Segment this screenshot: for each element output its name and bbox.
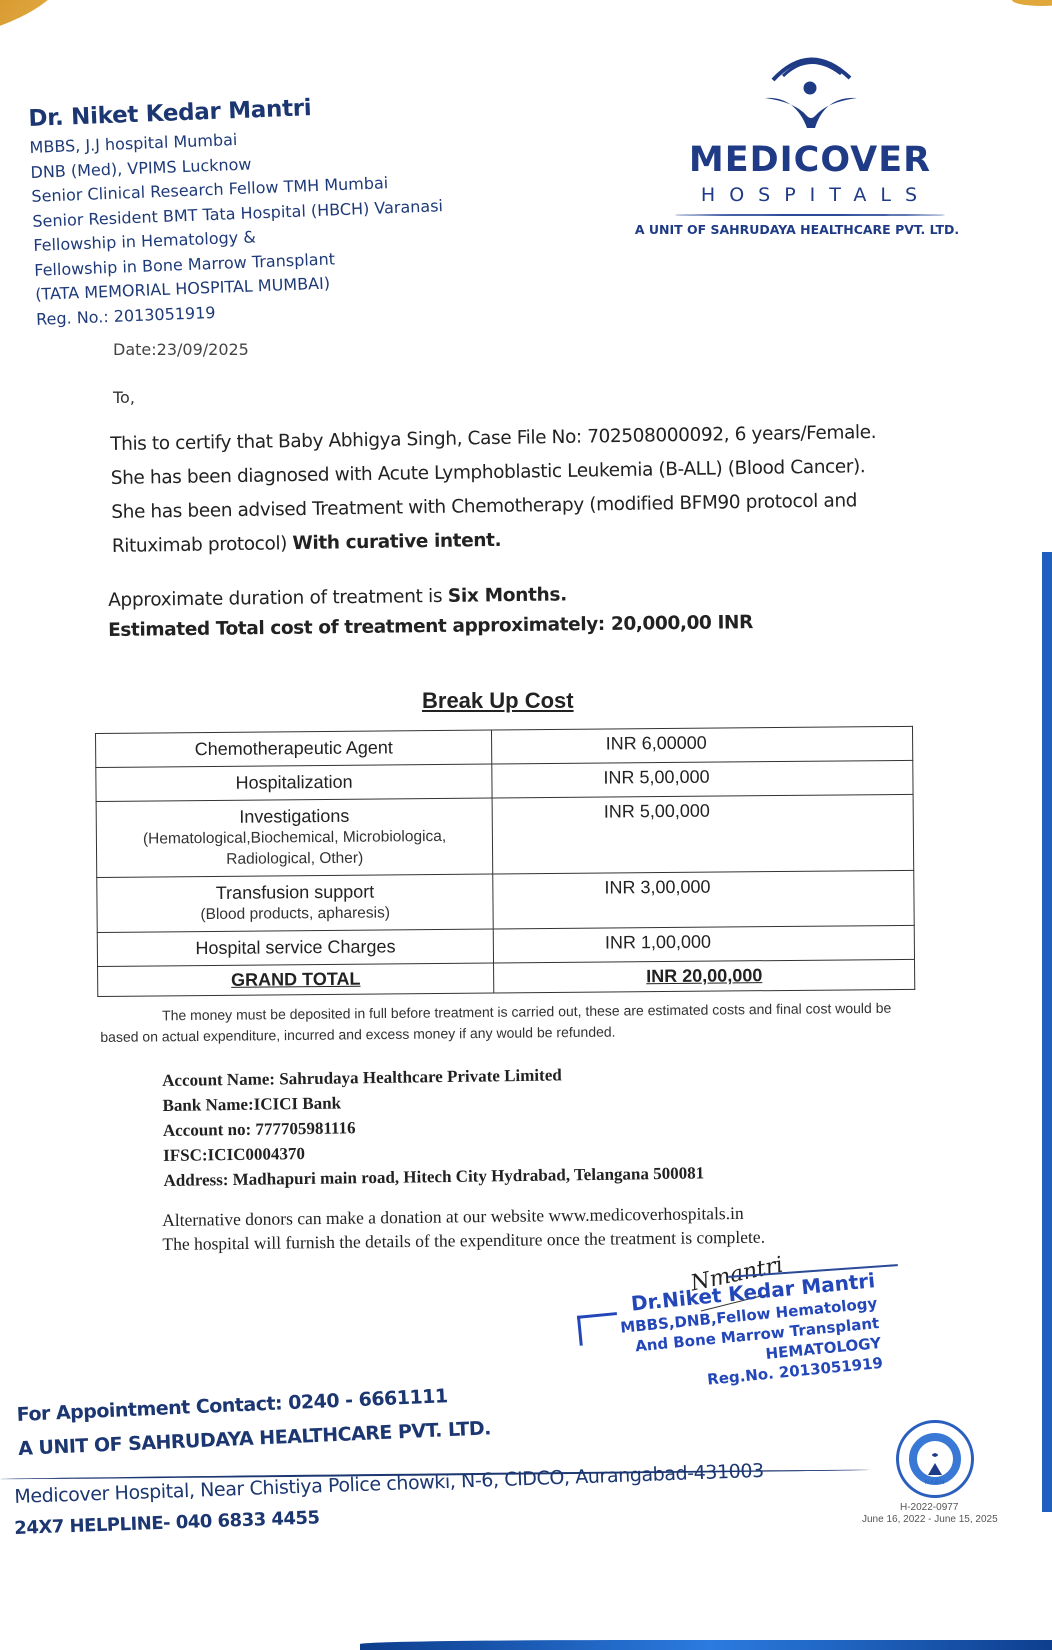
breakup-title: Break Up Cost xyxy=(422,688,574,714)
nabh-seal-icon: NABH xyxy=(896,1420,974,1498)
nabh-validity: June 16, 2022 - June 15, 2025 xyxy=(862,1514,998,1525)
estimated-cost: Estimated Total cost of treatment approx… xyxy=(108,612,753,641)
payment-notice: The money must be deposited in full befo… xyxy=(100,998,900,1048)
doctor-stamp: Dr.Niket Kedar Mantri MBBS,DNB,Fellow He… xyxy=(575,1267,884,1401)
hospital-address: Medicover Hospital, Near Chistiya Police… xyxy=(14,1460,764,1508)
certification-intent: With curative intent. xyxy=(292,530,501,554)
stamp-bracket xyxy=(577,1312,620,1346)
cost-item-label: Investigations xyxy=(239,806,349,827)
logo-unit-text: A UNIT OF SAHRUDAYA HEALTHCARE PVT. LTD. xyxy=(634,222,960,237)
cost-amount: INR 3,00,000 xyxy=(493,870,914,929)
cost-item-label: Hospitalization xyxy=(235,772,352,793)
page-corner-decoration xyxy=(1012,0,1052,6)
cost-item-label: Chemotherapeutic Agent xyxy=(195,737,393,759)
doctor-qualifications: MBBS, J.J hospital MumbaiDNB (Med), VPIM… xyxy=(29,120,447,332)
duration-label: Approximate duration of treatment is xyxy=(108,586,448,611)
table-row: Investigations(Hematological,Biochemical… xyxy=(96,794,914,877)
certification-paragraph: This to certify that Baby Abhigya Singh,… xyxy=(110,416,892,564)
nabh-seal-ring xyxy=(909,1433,961,1485)
cost-amount: INR 1,00,000 xyxy=(493,925,914,963)
footer-contact: For Appointment Contact: 0240 - 6661111 … xyxy=(16,1377,492,1466)
estimate-value: 20,000,00 INR xyxy=(611,612,753,635)
grand-total-row: GRAND TOTALINR 20,00,000 xyxy=(98,959,915,996)
nabh-label: NABH xyxy=(899,1480,971,1486)
cost-item-cell: Chemotherapeutic Agent xyxy=(96,730,493,767)
letter-date: Date:23/09/2025 xyxy=(113,340,249,359)
logo-divider xyxy=(675,214,945,216)
cost-amount: INR 5,00,000 xyxy=(492,794,913,874)
page-edge-bar xyxy=(1042,552,1052,1512)
cost-item-cell: Transfusion support(Blood products, apha… xyxy=(97,874,494,932)
doctor-header: Dr. Niket Kedar Mantri MBBS, J.J hospita… xyxy=(28,90,447,332)
letter-salutation: To, xyxy=(113,388,135,407)
cost-item-cell: Hospitalization xyxy=(96,764,493,801)
cost-item-cell: Investigations(Hematological,Biochemical… xyxy=(96,798,493,877)
hospital-logo: MEDICOVER HOSPITALS A UNIT OF SAHRUDAYA … xyxy=(660,40,960,237)
cost-item-detail: (Blood products, apharesis) xyxy=(106,902,485,926)
estimate-label: Estimated Total cost of treatment approx… xyxy=(108,614,611,641)
cost-item-label: Hospital service Charges xyxy=(195,936,395,958)
cost-item-detail: (Hematological,Biochemical, Microbiologi… xyxy=(105,826,485,871)
table-row: Transfusion support(Blood products, apha… xyxy=(97,870,914,932)
nabh-code: H-2022-0977 xyxy=(900,1502,958,1513)
cost-item-label: Transfusion support xyxy=(216,882,375,903)
donation-info: Alternative donors can make a donation a… xyxy=(162,1201,765,1256)
logo-subtitle: HOSPITALS xyxy=(660,184,960,206)
cost-amount: INR 5,00,000 xyxy=(492,760,913,798)
treatment-duration: Approximate duration of treatment is Six… xyxy=(108,584,567,611)
nabh-emblem-icon xyxy=(925,1451,945,1477)
grand-total-label: GRAND TOTAL xyxy=(98,963,494,996)
cost-amount: INR 6,00000 xyxy=(492,726,913,764)
grand-total-amount: INR 20,00,000 xyxy=(494,959,915,993)
page-bottom-bar xyxy=(360,1640,1052,1650)
page-corner-decoration xyxy=(0,0,84,39)
cost-item-cell: Hospital service Charges xyxy=(97,929,494,966)
duration-value: Six Months. xyxy=(448,584,567,606)
cost-breakup-table: Chemotherapeutic AgentINR 6,00000Hospita… xyxy=(95,726,915,997)
bank-details: Account Name: Sahrudaya Healthcare Priva… xyxy=(162,1060,704,1193)
logo-wordmark: MEDICOVER xyxy=(660,140,960,180)
helpline: 24X7 HELPLINE- 040 6833 4455 xyxy=(14,1507,320,1539)
medicover-figure-icon xyxy=(755,40,865,135)
